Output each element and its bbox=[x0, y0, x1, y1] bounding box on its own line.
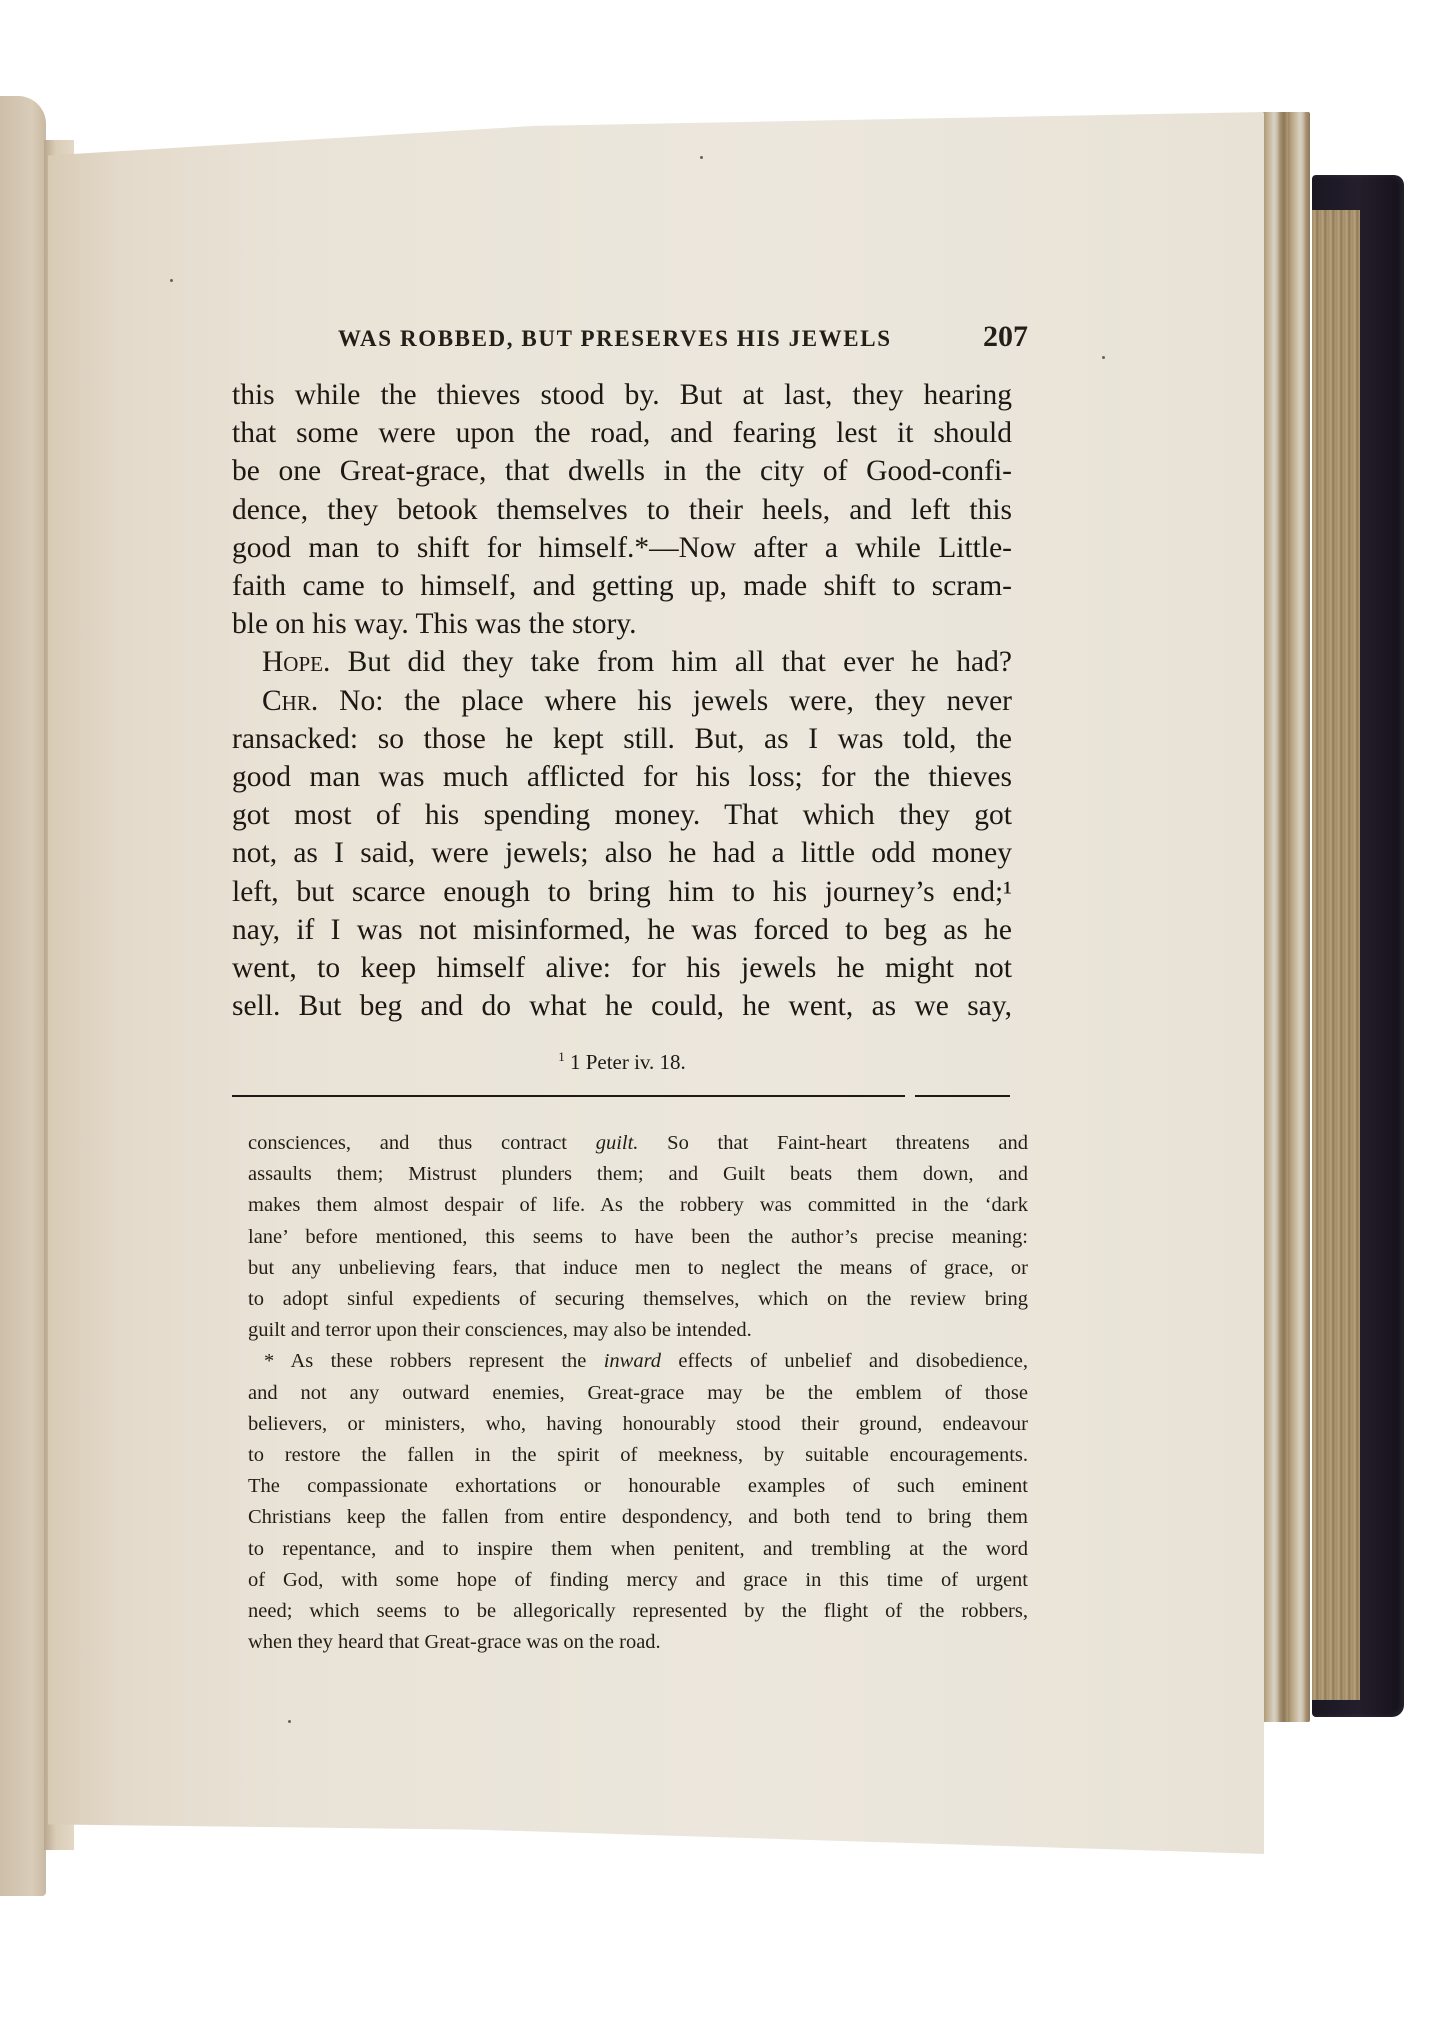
left-facing-page bbox=[0, 96, 46, 1896]
body-line: got most of his spending money. That whi… bbox=[232, 796, 1012, 834]
running-head: WAS ROBBED, BUT PRESERVES HIS JEWELS 207 bbox=[338, 320, 1028, 354]
note-italic: guilt. bbox=[596, 1132, 639, 1154]
paper-speck bbox=[170, 279, 173, 282]
body-text: this while the thieves stood by. But at … bbox=[232, 376, 1012, 1025]
divider-rule-short bbox=[915, 1095, 1010, 1097]
body-line: be one Great-grace, that dwells in the c… bbox=[232, 452, 1012, 490]
note-line: when they heard that Great-grace was on … bbox=[248, 1627, 1028, 1658]
body-line: ransacked: so those he kept still. But, … bbox=[232, 720, 1012, 758]
note-line: The compassionate exhortations or honour… bbox=[248, 1471, 1028, 1502]
body-line: left, but scarce enough to bring him to … bbox=[232, 873, 1012, 911]
notes-divider bbox=[232, 1095, 1010, 1098]
dialogue-christian: Chr. No: the place where his jewels were… bbox=[232, 682, 1012, 720]
note-line: need; which seems to be allegorically re… bbox=[248, 1596, 1028, 1627]
note-line: guilt and terror upon their consciences,… bbox=[248, 1315, 1028, 1346]
body-line: sell. But beg and do what he could, he w… bbox=[232, 987, 1012, 1025]
body-line: ble on his way. This was the story. bbox=[232, 605, 1012, 643]
note-line: and not any outward enemies, Great-grace… bbox=[248, 1378, 1028, 1409]
note-line: * As these robbers represent the inward … bbox=[248, 1346, 1028, 1377]
paper-speck bbox=[1102, 356, 1105, 359]
speaker-christian: Chr. bbox=[262, 685, 318, 717]
note-text: So that Faint-heart threatens and bbox=[638, 1132, 1028, 1154]
page-block-edges-upper bbox=[1262, 112, 1310, 1722]
note-line: of God, with some hope of finding mercy … bbox=[248, 1565, 1028, 1596]
footnote-text: 1 Peter iv. 18. bbox=[565, 1050, 686, 1074]
paper-speck bbox=[288, 1720, 291, 1723]
speaker-hope: Hope. bbox=[262, 646, 330, 678]
note-line: assaults them; Mistrust plunders them; a… bbox=[248, 1159, 1028, 1190]
note-line: lane’ before mentioned, this seems to ha… bbox=[248, 1222, 1028, 1253]
note-line: to adopt sinful expedients of securing t… bbox=[248, 1284, 1028, 1315]
page-block-edges-lower bbox=[1312, 210, 1360, 1700]
note-line: but any unbelieving fears, that induce m… bbox=[248, 1253, 1028, 1284]
body-line: dence, they betook themselves to their h… bbox=[232, 491, 1012, 529]
page-number: 207 bbox=[983, 320, 1028, 354]
body-line: this while the thieves stood by. But at … bbox=[232, 376, 1012, 414]
dialogue-hope: Hope. But did they take from him all tha… bbox=[232, 643, 1012, 681]
note-text: consciences, and thus contract bbox=[248, 1132, 596, 1154]
page-text-block: WAS ROBBED, BUT PRESERVES HIS JEWELS 207… bbox=[232, 320, 1032, 1075]
body-line: that some were upon the road, and fearin… bbox=[232, 414, 1012, 452]
dialogue-text: But did they take from him all that ever… bbox=[330, 646, 1012, 678]
body-line: not, as I said, were jewels; also he had… bbox=[232, 834, 1012, 872]
body-line: nay, if I was not misinformed, he was fo… bbox=[232, 911, 1012, 949]
note-line: to repentance, and to inspire them when … bbox=[248, 1534, 1028, 1565]
body-line: good man was much afflicted for his loss… bbox=[232, 758, 1012, 796]
paper-speck bbox=[700, 156, 703, 159]
note-line: believers, or ministers, who, having hon… bbox=[248, 1409, 1028, 1440]
divider-rule-long bbox=[232, 1095, 905, 1097]
commentary-notes: consciences, and thus contract guilt. So… bbox=[248, 1128, 1028, 1658]
dialogue-text: No: the place where his jewels were, the… bbox=[318, 685, 1012, 717]
note-text: effects of unbelief and disobedience, bbox=[661, 1350, 1028, 1372]
footnote: 1 1 Peter iv. 18. bbox=[232, 1049, 1012, 1075]
note-line: Christians keep the fallen from entire d… bbox=[248, 1502, 1028, 1533]
note-italic: inward bbox=[604, 1350, 661, 1372]
body-line: good man to shift for himself.*—Now afte… bbox=[232, 529, 1012, 567]
body-line: faith came to himself, and getting up, m… bbox=[232, 567, 1012, 605]
running-head-title: WAS ROBBED, BUT PRESERVES HIS JEWELS bbox=[338, 326, 892, 352]
note-text: * As these robbers represent the bbox=[264, 1350, 604, 1372]
note-line: makes them almost despair of life. As th… bbox=[248, 1190, 1028, 1221]
note-line: consciences, and thus contract guilt. So… bbox=[248, 1128, 1028, 1159]
body-line: went, to keep himself alive: for his jew… bbox=[232, 949, 1012, 987]
note-line: to restore the fallen in the spirit of m… bbox=[248, 1440, 1028, 1471]
